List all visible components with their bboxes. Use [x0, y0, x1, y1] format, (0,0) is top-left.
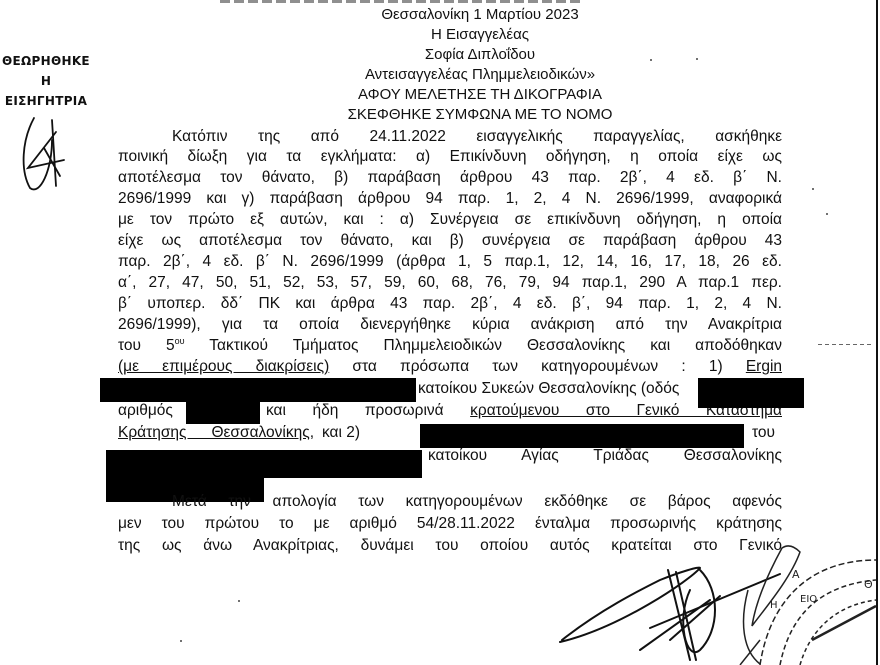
- official-seal-icon: Α ΕΙΟ Η Θ: [740, 546, 876, 665]
- svg-text:Η: Η: [770, 600, 778, 611]
- svg-text:Θ: Θ: [864, 578, 873, 591]
- svg-text:Α: Α: [792, 568, 800, 581]
- svg-text:ΕΙΟ: ΕΙΟ: [800, 594, 817, 605]
- scanned-document-page: Θεσσαλονίκη 1 Μαρτίου 2023 Η Εισαγγελέας…: [0, 0, 880, 665]
- signatures-and-seal: Α ΕΙΟ Η Θ: [0, 0, 880, 665]
- margin-signature-icon: [24, 118, 64, 189]
